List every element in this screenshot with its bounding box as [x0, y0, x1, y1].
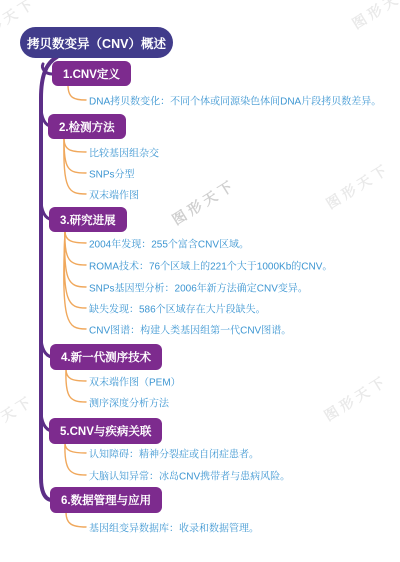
- leaf-node[interactable]: 基因组变异数据库：收录和数据管理。: [89, 520, 259, 535]
- leaf-node[interactable]: SNPs基因型分析：2006年新方法确定CNV变异。: [89, 280, 308, 295]
- branch-node-detection-methods[interactable]: 2.检测方法: [48, 114, 126, 139]
- leaf-connector: [65, 231, 86, 243]
- leaf-connector: [65, 443, 86, 475]
- branch-node-disease-association[interactable]: 5.CNV与疾病关联: [49, 418, 162, 444]
- leaf-node[interactable]: 认知障碍：精神分裂症或自闭症患者。: [89, 446, 259, 461]
- leaf-node[interactable]: ROMA技术：76个区域上的221个大于1000Kb的CNV。: [89, 258, 332, 273]
- leaf-node[interactable]: 2004年发现：255个富含CNV区域。: [89, 236, 249, 251]
- watermark: 图形天下: [0, 390, 38, 445]
- watermark: 图形天下: [168, 174, 240, 229]
- leaf-connector: [64, 231, 86, 308]
- mindmap-canvas: 图形天下 图形天下 图形天下 图形天下 图形天下 图形天下: [0, 0, 400, 562]
- watermark: 图形天下: [320, 370, 392, 425]
- leaf-connector: [64, 231, 86, 329]
- root-node[interactable]: 拷贝数变异（CNV）概述: [20, 27, 173, 58]
- leaf-node[interactable]: SNPs分型: [89, 166, 135, 181]
- leaf-node[interactable]: 双末端作图: [89, 187, 139, 202]
- leaf-connector: [64, 138, 86, 173]
- branch-node-ngs-technology[interactable]: 4.新一代测序技术: [50, 344, 162, 370]
- branch-node-cnv-definition[interactable]: 1.CNV定义: [52, 61, 131, 86]
- watermark: 图形天下: [322, 158, 394, 213]
- leaf-node[interactable]: 大脑认知异常：冰岛CNV携带者与患病风险。: [89, 468, 290, 483]
- leaf-connector: [65, 231, 86, 265]
- branch-node-data-management[interactable]: 6.数据管理与应用: [50, 487, 162, 513]
- leaf-node[interactable]: 测序深度分析方法: [89, 395, 169, 410]
- branch-node-research-progress[interactable]: 3.研究进展: [49, 207, 127, 232]
- leaf-connector: [66, 369, 86, 402]
- leaf-connector: [66, 369, 86, 381]
- leaf-node[interactable]: 比较基因组杂交: [89, 145, 159, 160]
- leaf-connector: [64, 138, 86, 152]
- leaf-node[interactable]: DNA拷贝数变化：不同个体或同源染色体间DNA片段拷贝数差异。: [89, 93, 381, 108]
- leaf-connector: [68, 85, 86, 100]
- leaf-connector: [66, 512, 86, 527]
- branch-connector-1: [42, 64, 52, 74]
- leaf-connector: [65, 443, 86, 453]
- leaf-connector: [65, 231, 86, 287]
- watermark: 图形天下: [348, 0, 400, 34]
- leaf-node[interactable]: 双末端作图（PEM）: [89, 374, 181, 389]
- leaf-connector: [64, 138, 86, 194]
- leaf-node[interactable]: 缺失发现：586个区域存在大片段缺失。: [89, 301, 266, 316]
- leaf-node[interactable]: CNV图谱：构建人类基因组第一代CNV图谱。: [89, 322, 291, 337]
